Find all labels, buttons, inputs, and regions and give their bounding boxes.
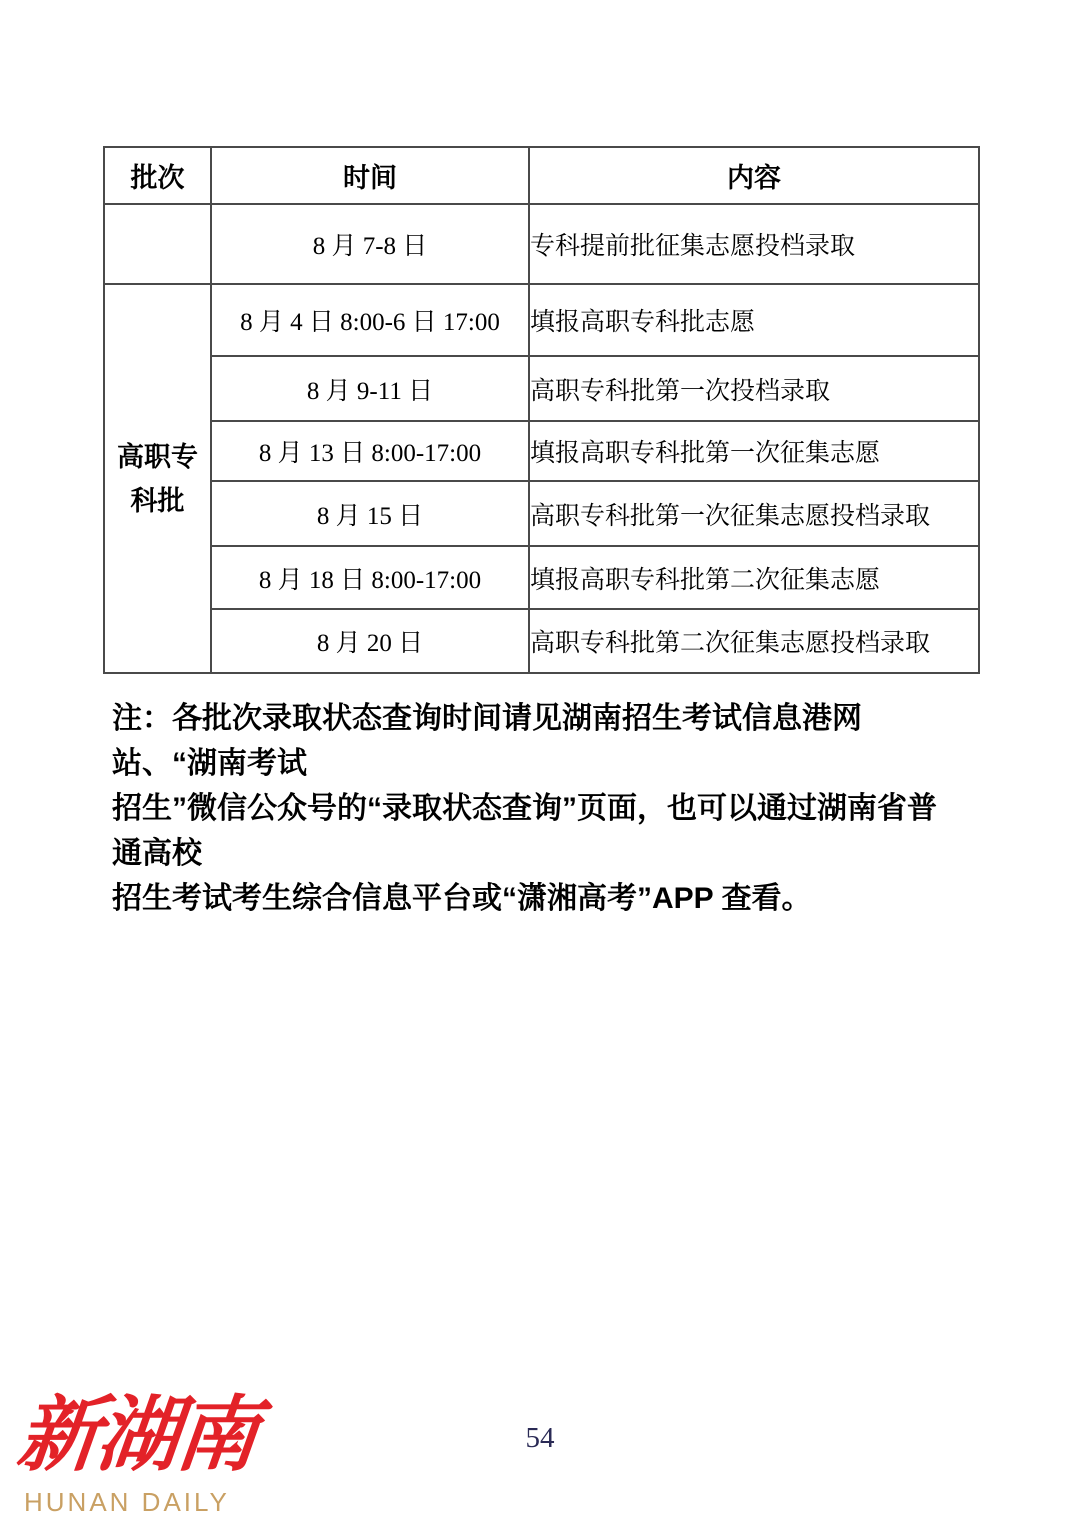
note-line: 招生”微信公众号的“录取状态查询”页面，也可以通过湖南省普通高校 <box>112 786 957 876</box>
content-cell: 填报高职专科批第二次征集志愿 <box>529 546 979 609</box>
time-cell: 8 月 13 日 8:00-17:00 <box>211 421 529 481</box>
content-cell: 高职专科批第一次征集志愿投档录取 <box>529 481 979 546</box>
time-cell: 8 月 18 日 8:00-17:00 <box>211 546 529 609</box>
col-header-batch: 批次 <box>104 147 211 204</box>
table-row: 8 月 15 日 高职专科批第一次征集志愿投档录取 <box>104 481 979 546</box>
table-row: 高职专科批 8 月 4 日 8:00-6 日 17:00 填报高职专科批志愿 <box>104 284 979 356</box>
time-cell: 8 月 20 日 <box>211 609 529 673</box>
content-cell: 高职专科批第二次征集志愿投档录取 <box>529 609 979 673</box>
content-cell: 专科提前批征集志愿投档录取 <box>529 204 979 284</box>
content-cell: 填报高职专科批第一次征集志愿 <box>529 421 979 481</box>
time-cell: 8 月 9-11 日 <box>211 356 529 421</box>
hunan-daily-logo-english: HUNAN DAILY <box>24 1486 230 1518</box>
table-row: 8 月 13 日 8:00-17:00 填报高职专科批第一次征集志愿 <box>104 421 979 481</box>
note-line: 注：各批次录取状态查询时间请见湖南招生考试信息港网站、“湖南考试 <box>112 696 957 786</box>
page-number: 54 <box>0 1422 1080 1455</box>
document-page: { "table": { "headers": ["批次", "时间", "内容… <box>0 0 1080 1533</box>
content-cell: 高职专科批第一次投档录取 <box>529 356 979 421</box>
time-cell: 8 月 15 日 <box>211 481 529 546</box>
admission-schedule-table: 批次 时间 内容 8 月 7-8 日 专科提前批征集志愿投档录取 高职专科批 8… <box>103 146 980 674</box>
table-row: 8 月 9-11 日 高职专科批第一次投档录取 <box>104 356 979 421</box>
batch-empty-cell <box>104 204 211 284</box>
batch-merged-cell: 高职专科批 <box>104 284 211 673</box>
time-cell: 8 月 7-8 日 <box>211 204 529 284</box>
table-row: 8 月 20 日 高职专科批第二次征集志愿投档录取 <box>104 609 979 673</box>
note-line: 招生考试考生综合信息平台或“潇湘高考”APP 查看。 <box>112 876 957 921</box>
col-header-time: 时间 <box>211 147 529 204</box>
table-row: 8 月 18 日 8:00-17:00 填报高职专科批第二次征集志愿 <box>104 546 979 609</box>
note-paragraph: 注：各批次录取状态查询时间请见湖南招生考试信息港网站、“湖南考试 招生”微信公众… <box>112 696 957 921</box>
time-cell: 8 月 4 日 8:00-6 日 17:00 <box>211 284 529 356</box>
table-header-row: 批次 时间 内容 <box>104 147 979 204</box>
table-row: 8 月 7-8 日 专科提前批征集志愿投档录取 <box>104 204 979 284</box>
col-header-content: 内容 <box>529 147 979 204</box>
content-cell: 填报高职专科批志愿 <box>529 284 979 356</box>
